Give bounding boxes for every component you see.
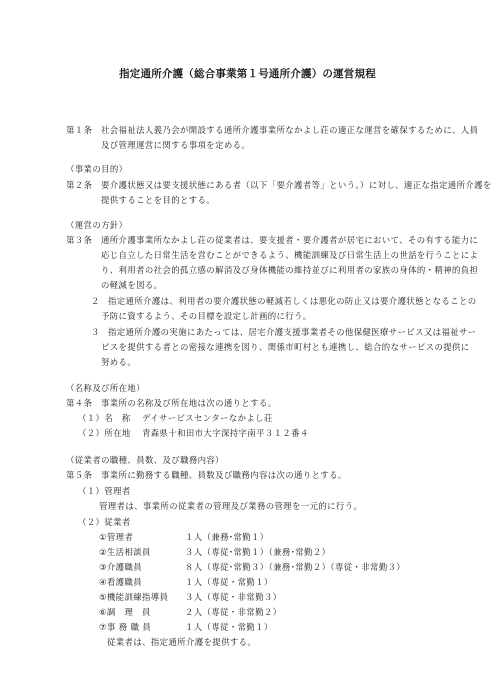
article-5-text: 事業所に勤務する職種、員数及び職務内容は次の通りとする。 bbox=[101, 470, 347, 481]
staff-count-counselor: ３人（専従･常勤１）（兼務･常勤２） bbox=[185, 547, 330, 558]
article-4-number: 第４条 bbox=[66, 398, 92, 409]
article-4-heading: （名称及び所在地） bbox=[66, 383, 145, 394]
staff-count-care-worker: ８人（専従･常勤３）（兼務･常勤２）（専従・非常勤３） bbox=[185, 562, 405, 573]
article-2-line-2: 提供することを目的とする。 bbox=[101, 195, 215, 206]
article-1-number: 第１条 bbox=[66, 125, 92, 136]
article-2-heading: （事業の目的） bbox=[66, 164, 127, 175]
article-5-sub-2-label: （２）従業者 bbox=[78, 517, 131, 528]
staff-role-clerk: ⑦事 務 職 員 bbox=[99, 622, 151, 633]
article-3-line-2: 応じ自立した日常生活を営むことができるよう、機能訓練及び日常生活上の世話を行うこ… bbox=[101, 250, 478, 261]
article-5-sub-2-footer: 従業者は、指定通所介護を提供する。 bbox=[107, 637, 256, 648]
staff-count-nurse: １人（専従・常勤１） bbox=[185, 577, 273, 588]
staff-count-manager: １人（兼務･常勤１） bbox=[185, 532, 269, 543]
article-3-line-1: 通所介護事業所なかよし荘の従業者は、要支援者・要介護者が居宅において、その有する… bbox=[101, 235, 478, 246]
article-3-number: 第３条 bbox=[66, 235, 92, 246]
document-title: 指定通所介護（総合事業第１号通所介護）の運営規程 bbox=[0, 66, 495, 81]
document-page: 指定通所介護（総合事業第１号通所介護）の運営規程 第１条 社会福祉法人義乃会が開… bbox=[0, 0, 495, 700]
staff-role-nurse: ④看護職員 bbox=[99, 577, 142, 588]
staff-count-cook: ２人（専従・非常勤２） bbox=[185, 607, 282, 618]
article-4-text: 事業所の名称及び所在地は次の通りとする。 bbox=[101, 398, 277, 409]
staff-role-care-worker: ③介護職員 bbox=[99, 562, 142, 573]
article-4-item-1-label: （１）名 称 bbox=[78, 413, 131, 424]
article-3-line-4: の軽減を図る。 bbox=[101, 280, 162, 291]
staff-role-cook: ⑥調 理 員 bbox=[99, 607, 151, 618]
article-2-number: 第２条 bbox=[66, 180, 92, 191]
staff-count-functional-trainer: ３人（専従・非常勤３） bbox=[185, 592, 282, 603]
article-3-para-3-line-3: 努める。 bbox=[101, 357, 136, 368]
article-5-sub-1-text: 管理者は、事業所の従業者の管理及び業務の管理を一元的に行う。 bbox=[99, 501, 362, 512]
article-2-line-1: 要介護状態又は要支援状態にある者（以下「要介護者等」という。）に対し、適正な指定… bbox=[101, 180, 492, 191]
article-3-para-3-number: ３ bbox=[91, 327, 100, 338]
article-3-para-2-number: ２ bbox=[91, 296, 100, 307]
article-5-heading: （従業者の職種、員数、及び職務内容） bbox=[66, 455, 224, 466]
article-4-item-1-value: デイサービスセンターなかよし荘 bbox=[142, 413, 273, 424]
article-3-para-2-line-1: 指定通所介護は、利用者の要介護状態の軽減若しくは悪化の防止又は要介護状態となるこ… bbox=[108, 296, 477, 307]
article-5-sub-1-label: （１）管理者 bbox=[78, 486, 131, 497]
article-1-line-2: 及び管理運営に関する事項を定める。 bbox=[101, 140, 250, 151]
staff-role-manager: ①管理者 bbox=[99, 532, 133, 543]
article-3-para-3-line-1: 指定通所介護の実施にあたっては、居宅介護支援事業者その他保健医療サービス又は福祉… bbox=[108, 327, 477, 338]
article-4-item-2-label: （２）所在地 bbox=[78, 428, 131, 439]
staff-role-functional-trainer: ⑤機能訓練指導員 bbox=[99, 592, 168, 603]
article-3-heading: （運営の方針） bbox=[66, 220, 127, 231]
staff-role-counselor: ②生活相談員 bbox=[99, 547, 151, 558]
staff-count-clerk: １人（専従・常勤１） bbox=[185, 622, 273, 633]
article-3-line-3: り、利用者の社会的孤立感の解消及び身体機能の維持並びに利用者の家族の身体的・精神… bbox=[101, 265, 478, 276]
article-3-para-3-line-2: ビスを提供する者との密接な連携を図り、関係市町村とも連携し、総合的なサービスの提… bbox=[101, 342, 470, 353]
article-3-para-2-line-2: 予防に資するよう、その目標を設定し計画的に行う。 bbox=[101, 311, 312, 322]
article-1-line-1: 社会福祉法人義乃会が開設する通所介護事業所なかよし荘の適正な運営を確保するために… bbox=[101, 125, 478, 136]
article-4-item-2-value: 青森県十和田市大字深持字南平３１２番４ bbox=[142, 428, 309, 439]
article-5-number: 第５条 bbox=[66, 470, 92, 481]
